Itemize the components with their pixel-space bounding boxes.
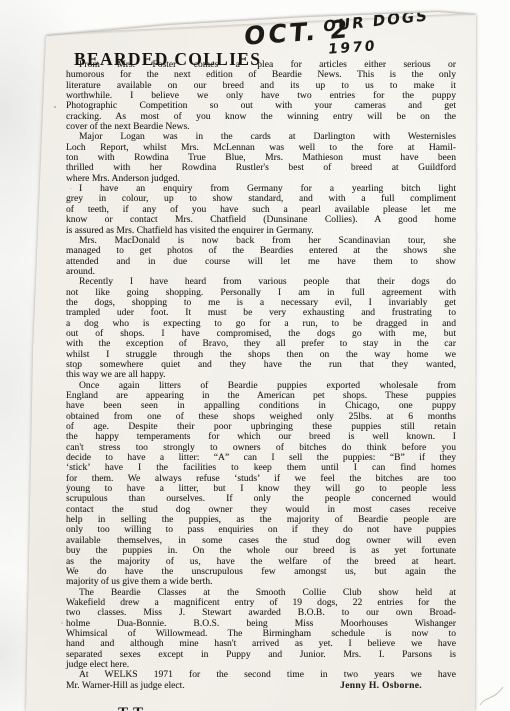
article-body: From Mrs. Foster comes a plea for articl…: [66, 60, 456, 681]
paper-speck: [70, 188, 72, 189]
handwritten-year: 1970: [327, 38, 377, 58]
article-line: managed to get photos of the Beardies en…: [66, 246, 456, 256]
newspaper-clipping: OCT. 2 OUR DOGS 1970 BEARDED COLLIES Fro…: [18, 10, 482, 711]
cut-off-letters-mark: TT: [118, 705, 148, 711]
paper-speck: [61, 622, 63, 624]
paper-speck: [54, 106, 56, 108]
pen-squiggle-mark: [478, 684, 506, 708]
handwritten-publication-name: OUR DOGS: [323, 6, 430, 35]
paper-speck: [67, 484, 69, 486]
article-closing-line: Mr. Warner-Hill as judge elect. Jenny H.…: [66, 681, 456, 691]
paper-speck: [75, 367, 78, 369]
article-line: Recently I have heard from various peopl…: [66, 277, 456, 287]
article-line: attended and in due course will let me h…: [66, 257, 456, 267]
article-line: two classes. Miss J. Stewart awarded B.O…: [66, 608, 456, 618]
article-line: know or contact Mrs. Chatfield (Dunsinan…: [66, 215, 456, 225]
article-column: From Mrs. Foster comes a plea for articl…: [66, 60, 456, 691]
newspaper-clipping-shadow: OCT. 2 OUR DOGS 1970 BEARDED COLLIES Fro…: [18, 10, 482, 711]
article-line: majority of us give them a wide berth.: [66, 577, 456, 587]
closing-text: Mr. Warner-Hill as judge elect.: [66, 681, 185, 691]
scanned-page-background: OCT. 2 OUR DOGS 1970 BEARDED COLLIES Fro…: [0, 0, 510, 711]
article-line: buy the puppies in. On the whole our bre…: [66, 546, 456, 556]
author-signature: Jenny H. Osborne.: [340, 681, 422, 691]
